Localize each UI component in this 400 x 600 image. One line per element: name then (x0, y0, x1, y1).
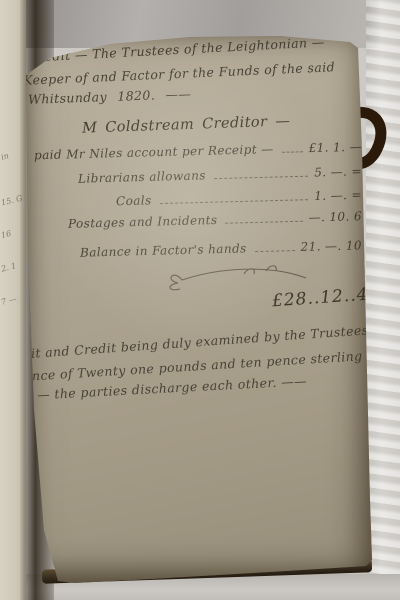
ledger-entry-postages: Postages and Incidents —. 10. 6 (68, 209, 362, 231)
entry-desc: paid Mr Niles account per Receipt — (34, 142, 274, 162)
entry-desc: Balance in Factor's hands (80, 241, 247, 259)
leader-dashes (282, 151, 303, 153)
facing-page-text-fragment: 2. 1 (0, 261, 17, 273)
ledger-page: Credit — The Trustees of the Leightonian… (20, 30, 375, 585)
entry-desc: Postages and Incidents (68, 213, 218, 231)
header-line-factor: Keeper of and Factor for the Funds of th… (23, 59, 335, 88)
entry-amount: 21. —. 10 (300, 238, 362, 254)
leader-dashes (160, 199, 309, 204)
entry-desc: Coals (116, 193, 152, 208)
entry-amount: £1. 1. — (308, 140, 362, 155)
facing-page-text-fragment: 16 (0, 229, 12, 240)
entry-amount: 1. —. = (314, 188, 362, 203)
facing-page-text-fragment: 7 — (0, 294, 17, 307)
header-line-date: Whitsunday 1820. —— (28, 86, 192, 107)
ledger-entry-balance: Balance in Factor's hands 21. —. 10 (80, 238, 362, 259)
photo-of-ledger: in 15. G 16 2. 1 7 — Credit — The Truste… (0, 0, 400, 600)
entry-amount: —. 10. 6 (308, 209, 362, 224)
entry-desc: Librarians allowans (78, 168, 206, 185)
backdrop-cloth-right (366, 0, 400, 600)
flourish-squiggle-icon (148, 262, 308, 294)
leader-dashes (214, 176, 308, 179)
ledger-entry-receipt: paid Mr Niles account per Receipt — £1. … (34, 140, 362, 163)
leader-dashes (225, 221, 302, 224)
facing-page-text-fragment: in (0, 151, 10, 162)
ledger-entry-librarians-allowance: Librarians allowans 5. —. = (78, 164, 362, 185)
ledger-entry-coals: Coals 1. —. = (116, 188, 362, 208)
entry-amount: 5. —. = (314, 164, 362, 179)
leader-dashes (255, 250, 295, 252)
account-title: M Coldstream Creditor — (82, 113, 291, 136)
